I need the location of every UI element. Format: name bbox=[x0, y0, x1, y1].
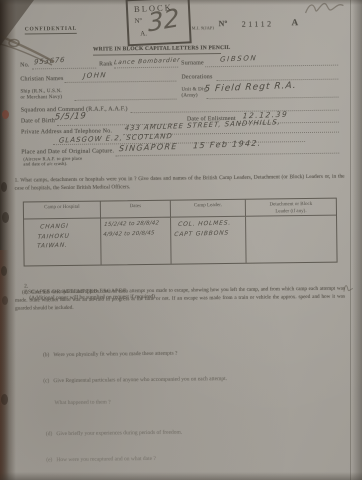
edge-mark bbox=[1, 182, 7, 192]
serial-number: 21112 bbox=[242, 19, 274, 28]
question-a-label: (a) bbox=[22, 289, 28, 295]
ship-label-2: or Merchant Navy) bbox=[21, 95, 63, 101]
question-1-text: 1. What camps, detachments or hospitals … bbox=[15, 173, 345, 194]
camp-entry-1: CHANGI bbox=[40, 222, 69, 232]
question-d-text: Give briefly your experiences during per… bbox=[56, 430, 182, 438]
rule bbox=[64, 81, 176, 83]
question-e-text: How were you recaptured and on what date… bbox=[56, 456, 156, 463]
binding-tint bbox=[0, 250, 9, 480]
table-header-block-leader: Detachment or Block Leader (if any). bbox=[246, 199, 336, 217]
question-a: (a)Give full description and approx. dat… bbox=[15, 285, 345, 313]
camp-entry-2: TAIHOKU TAIWAN. bbox=[37, 232, 70, 251]
leader-entry-1: COL. HOLMES. bbox=[178, 218, 232, 229]
capture-label-3: and date of a/c crash). bbox=[23, 161, 67, 167]
table-header-leader: Camp Leader. bbox=[171, 200, 246, 218]
serial-suffix: A bbox=[292, 17, 299, 27]
question-b: (b)Were you physically fit when you made… bbox=[35, 345, 178, 365]
question-b-label: (b) bbox=[43, 352, 49, 358]
table-cell-dates: 15/2/42 to 28/8/42 4/9/42 to 20/8/45 bbox=[101, 218, 172, 265]
question-d-label: (d) bbox=[46, 431, 52, 437]
handwritten-block-number: 32 bbox=[147, 3, 180, 37]
question-c-text: Give Regimental particulars of anyone wh… bbox=[53, 376, 227, 384]
question-what-happened: What happened to them ? bbox=[46, 393, 111, 412]
question-d: (d)Give briefly your experiences during … bbox=[38, 424, 183, 444]
christian-names-label: Christian Names bbox=[20, 76, 63, 83]
table-cell-leader: COL. HOLMES. CAPT GIBBONS bbox=[171, 217, 247, 264]
decorations-label: Decorations bbox=[181, 74, 212, 80]
underlying-page-edge bbox=[350, 0, 351, 480]
form-page: CONFIDENTIAL BLOCK Nº A. 32 M.I. 9(JAP) … bbox=[0, 0, 362, 480]
question-what-happened-text: What happened to them ? bbox=[54, 399, 110, 406]
unit-div-value: 5 Field Regt R.A. bbox=[204, 81, 297, 95]
rule bbox=[131, 110, 339, 114]
right-edge-shadow bbox=[352, 0, 362, 480]
camps-table: Camp or Hospital Dates Camp Leader. Deta… bbox=[23, 198, 338, 267]
table-header-camp: Camp or Hospital bbox=[24, 202, 101, 220]
edge-mark bbox=[2, 212, 9, 223]
question-e: (e)How were you recaptured and on what d… bbox=[38, 450, 156, 469]
question-c: (c)Give Regimental particulars of anyone… bbox=[35, 370, 227, 390]
rule bbox=[75, 99, 177, 101]
top-edge-shadow bbox=[0, 0, 362, 5]
christian-names-value: JOHN bbox=[83, 71, 107, 80]
page-title: WRITE IN BLOCK CAPITAL LETTERS IN PENCIL bbox=[93, 45, 221, 55]
question-c-label: (c) bbox=[43, 378, 49, 384]
rule bbox=[114, 67, 178, 69]
leader-entry-2: CAPT GIBBONS bbox=[174, 228, 230, 239]
surname-value: GIBSON bbox=[220, 54, 258, 63]
table-header-dates: Dates bbox=[101, 201, 171, 219]
rule bbox=[115, 153, 339, 157]
edge-mark bbox=[2, 110, 9, 119]
edge-mark bbox=[1, 266, 7, 276]
question-b-text: Were you physically fit when you made th… bbox=[53, 351, 177, 359]
rule bbox=[207, 97, 339, 100]
ship-label: Ship (R.N., U.S.N. bbox=[20, 89, 61, 95]
stamp-no-label: Nº bbox=[134, 17, 142, 25]
table-cell-camp: CHANGI TAIHOKU TAIWAN. bbox=[24, 219, 102, 266]
date-of-birth-label: Date of Birth bbox=[21, 118, 55, 124]
stamp-prefix: A. bbox=[140, 29, 147, 37]
table-cell-block-leader bbox=[246, 216, 337, 263]
dates-entry-1: 15/2/42 to 28/8/42 bbox=[104, 219, 160, 229]
serial-no-label: Nº bbox=[219, 19, 228, 28]
surname-label: Surname bbox=[181, 60, 204, 66]
edge-mark bbox=[1, 394, 8, 405]
rule bbox=[205, 65, 338, 68]
rank-value: Lance Bombardier bbox=[114, 57, 181, 67]
address-value-line1: 433 AMULREE STREET, SANDYHILLS, bbox=[124, 118, 281, 132]
bottom-edge-shadow bbox=[0, 472, 362, 480]
question-e-label: (e) bbox=[46, 457, 52, 463]
rank-label: Rank bbox=[99, 61, 113, 67]
unit-div-label-2: (Army) bbox=[182, 93, 198, 98]
dates-entry-2: 4/9/42 to 20/8/45 bbox=[103, 229, 155, 239]
date-of-birth-value: 5/5/19 bbox=[54, 111, 86, 122]
form-reference: M.I. 9(JAP) bbox=[192, 25, 214, 30]
edge-mark bbox=[2, 296, 8, 305]
question-a-text: Give full description and approx. date o… bbox=[15, 286, 345, 312]
scanned-document: CONFIDENTIAL BLOCK Nº A. 32 M.I. 9(JAP) … bbox=[0, 0, 362, 480]
capture-label: Place and Date of Original Capture. bbox=[21, 148, 114, 155]
